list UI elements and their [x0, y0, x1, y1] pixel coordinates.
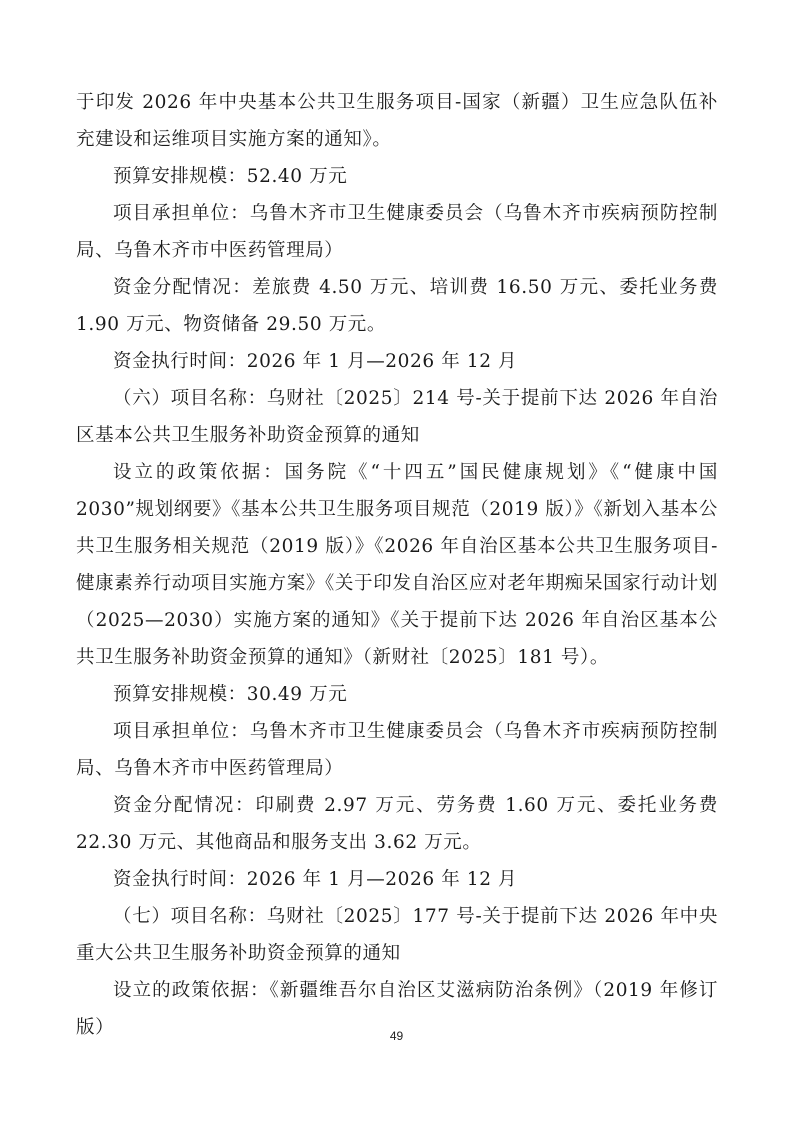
- paragraph-budget-scale-1: 预算安排规模：52.40 万元: [76, 158, 718, 195]
- paragraph-responsible-unit-1: 项目承担单位：乌鲁木齐市卫生健康委员会（乌鲁木齐市疾病预防控制局、乌鲁木齐市中医…: [76, 195, 718, 269]
- paragraph-notice-title-continuation: 于印发 2026 年中央基本公共卫生服务项目-国家（新疆）卫生应急队伍补充建设和…: [76, 84, 718, 158]
- document-body: 于印发 2026 年中央基本公共卫生服务项目-国家（新疆）卫生应急队伍补充建设和…: [76, 84, 718, 1046]
- page-number: 49: [0, 1029, 793, 1043]
- paragraph-budget-scale-6: 预算安排规模：30.49 万元: [76, 676, 718, 713]
- paragraph-responsible-unit-6: 项目承担单位：乌鲁木齐市卫生健康委员会（乌鲁木齐市疾病预防控制局、乌鲁木齐市中医…: [76, 713, 718, 787]
- paragraph-fund-allocation-6: 资金分配情况：印刷费 2.97 万元、劳务费 1.60 万元、委托业务费 22.…: [76, 787, 718, 861]
- paragraph-project-name-6: （六）项目名称：乌财社〔2025〕214 号-关于提前下达 2026 年自治区基…: [76, 380, 718, 454]
- paragraph-fund-allocation-1: 资金分配情况：差旅费 4.50 万元、培训费 16.50 万元、委托业务费 1.…: [76, 269, 718, 343]
- paragraph-project-name-7: （七）项目名称：乌财社〔2025〕177 号-关于提前下达 2026 年中央重大…: [76, 898, 718, 972]
- paragraph-policy-basis-6: 设立的政策依据：国务院《“十四五”国民健康规划》《“健康中国 2030”规划纲要…: [76, 454, 718, 676]
- paragraph-execution-time-6: 资金执行时间：2026 年 1 月—2026 年 12 月: [76, 861, 718, 898]
- paragraph-execution-time-1: 资金执行时间：2026 年 1 月—2026 年 12 月: [76, 343, 718, 380]
